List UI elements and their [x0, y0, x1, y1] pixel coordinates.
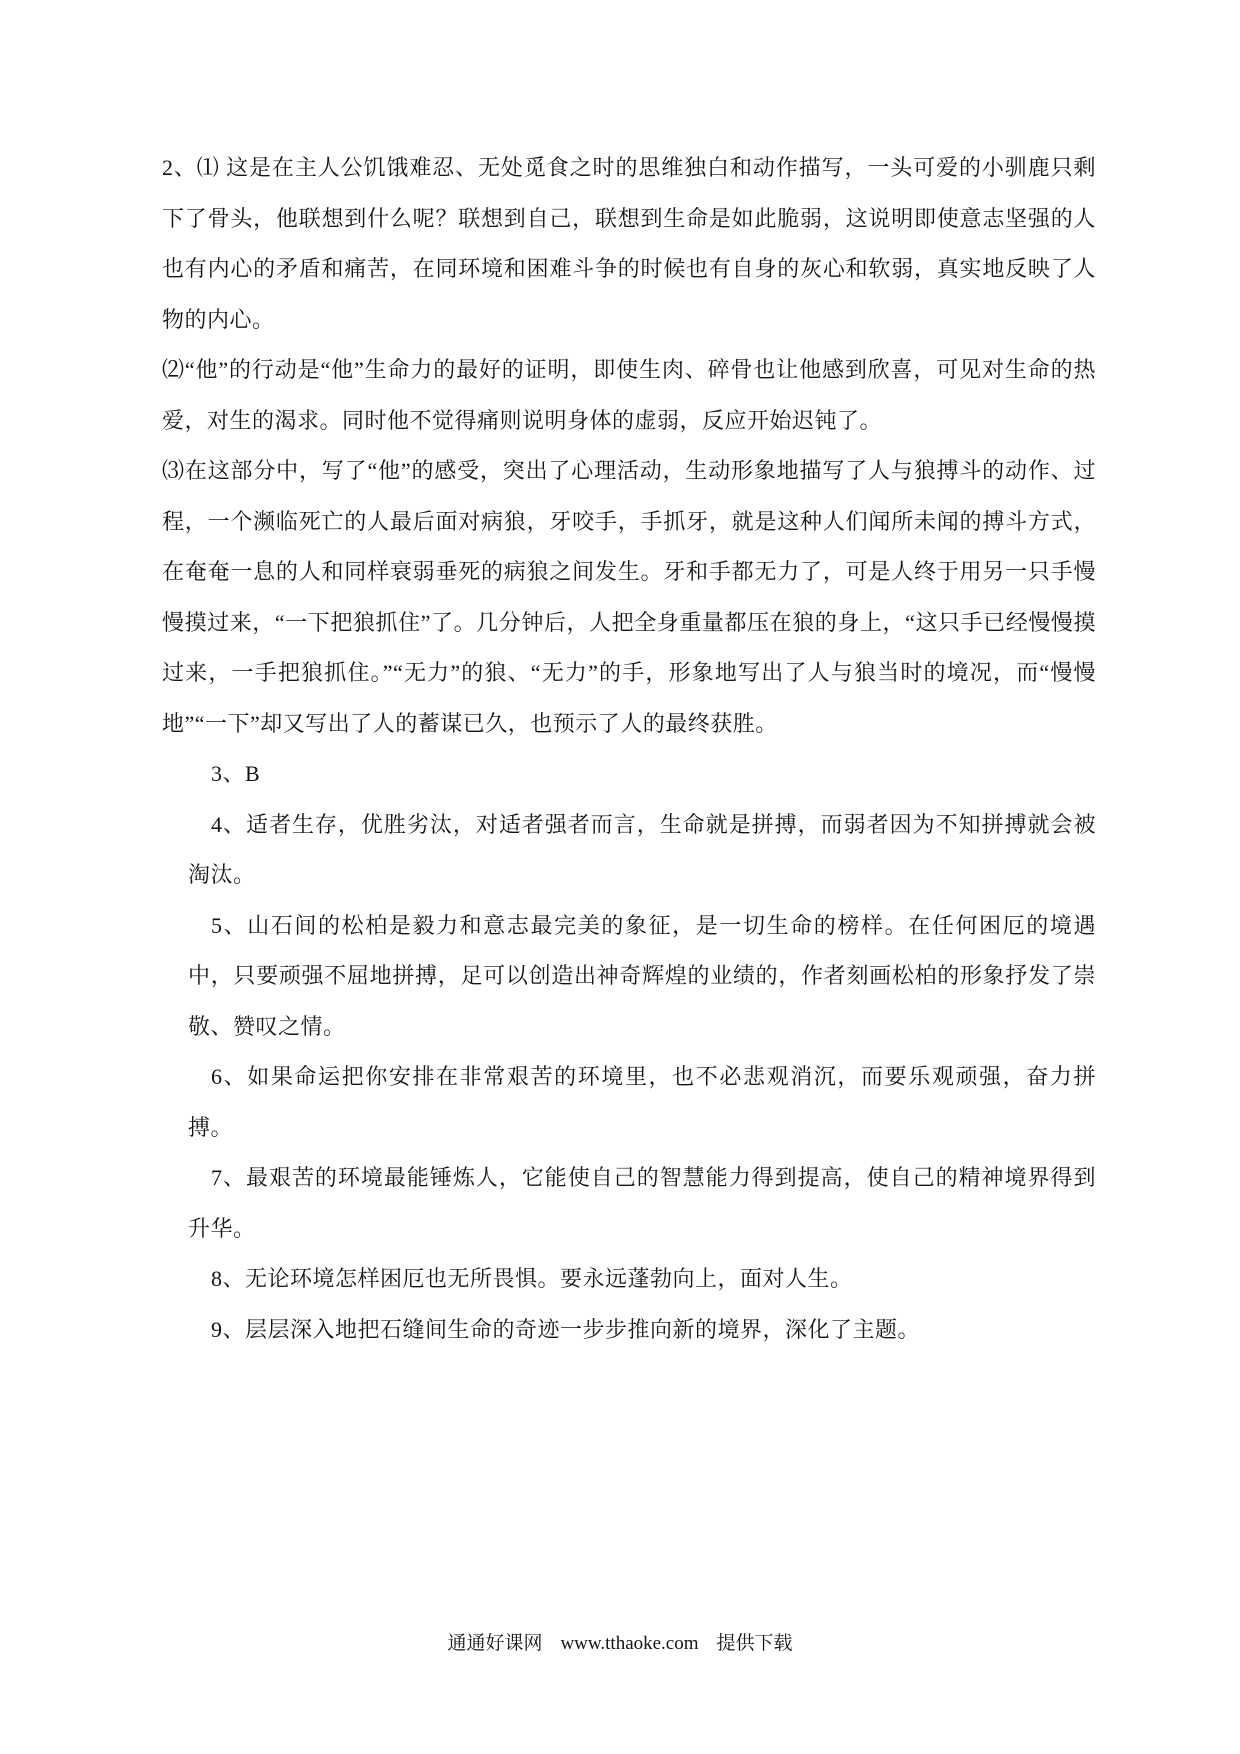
answer-paragraph-5: 5、山石间的松柏是毅力和意志最完美的象征，是一切生命的榜样。在任何困厄的境遇中，… — [188, 901, 1096, 1053]
page-footer: 通通好课网www.tthaoke.com提供下载 — [0, 1630, 1240, 1658]
answer-paragraph-6: 6、如果命运把你安排在非常艰苦的环境里，也不必悲观消沉，而要乐观顽强，奋力拼搏。 — [188, 1052, 1096, 1153]
answer-paragraph-7: 7、最艰苦的环境最能锤炼人，它能使自己的智慧能力得到提高，使自己的精神境界得到升… — [188, 1153, 1096, 1254]
answer-paragraph-2-2: ⑵“他”的行动是“他”生命力的最好的证明，即使生肉、碎骨也让他感到欣喜，可见对生… — [162, 345, 1096, 446]
answer-paragraph-9: 9、层层深入地把石缝间生命的奇迹一步步推向新的境界，深化了主题。 — [188, 1305, 1096, 1356]
answer-paragraph-3: 3、B — [188, 749, 1096, 800]
answer-paragraph-8: 8、无论环境怎样困厄也无所畏惧。要永远蓬勃向上，面对人生。 — [188, 1254, 1096, 1305]
answer-paragraph-2-1: 2、⑴ 这是在主人公饥饿难忍、无处觅食之时的思维独白和动作描写，一头可爱的小驯鹿… — [162, 143, 1096, 345]
answer-paragraph-2-3: ⑶在这部分中，写了“他”的感受，突出了心理活动，生动形象地描写了人与狼搏斗的动作… — [162, 446, 1096, 749]
footer-download-note: 提供下载 — [717, 1633, 793, 1654]
footer-url: www.tthaoke.com — [560, 1633, 698, 1654]
footer-site-name: 通通好课网 — [447, 1633, 542, 1654]
answer-paragraph-4: 4、适者生存，优胜劣汰，对适者强者而言，生命就是拼搏，而弱者因为不知拼搏就会被淘… — [188, 800, 1096, 901]
document-page: 2、⑴ 这是在主人公饥饿难忍、无处觅食之时的思维独白和动作描写，一头可爱的小驯鹿… — [0, 0, 1240, 1754]
answer-sheet: 2、⑴ 这是在主人公饥饿难忍、无处觅食之时的思维独白和动作描写，一头可爱的小驯鹿… — [162, 143, 1096, 1355]
